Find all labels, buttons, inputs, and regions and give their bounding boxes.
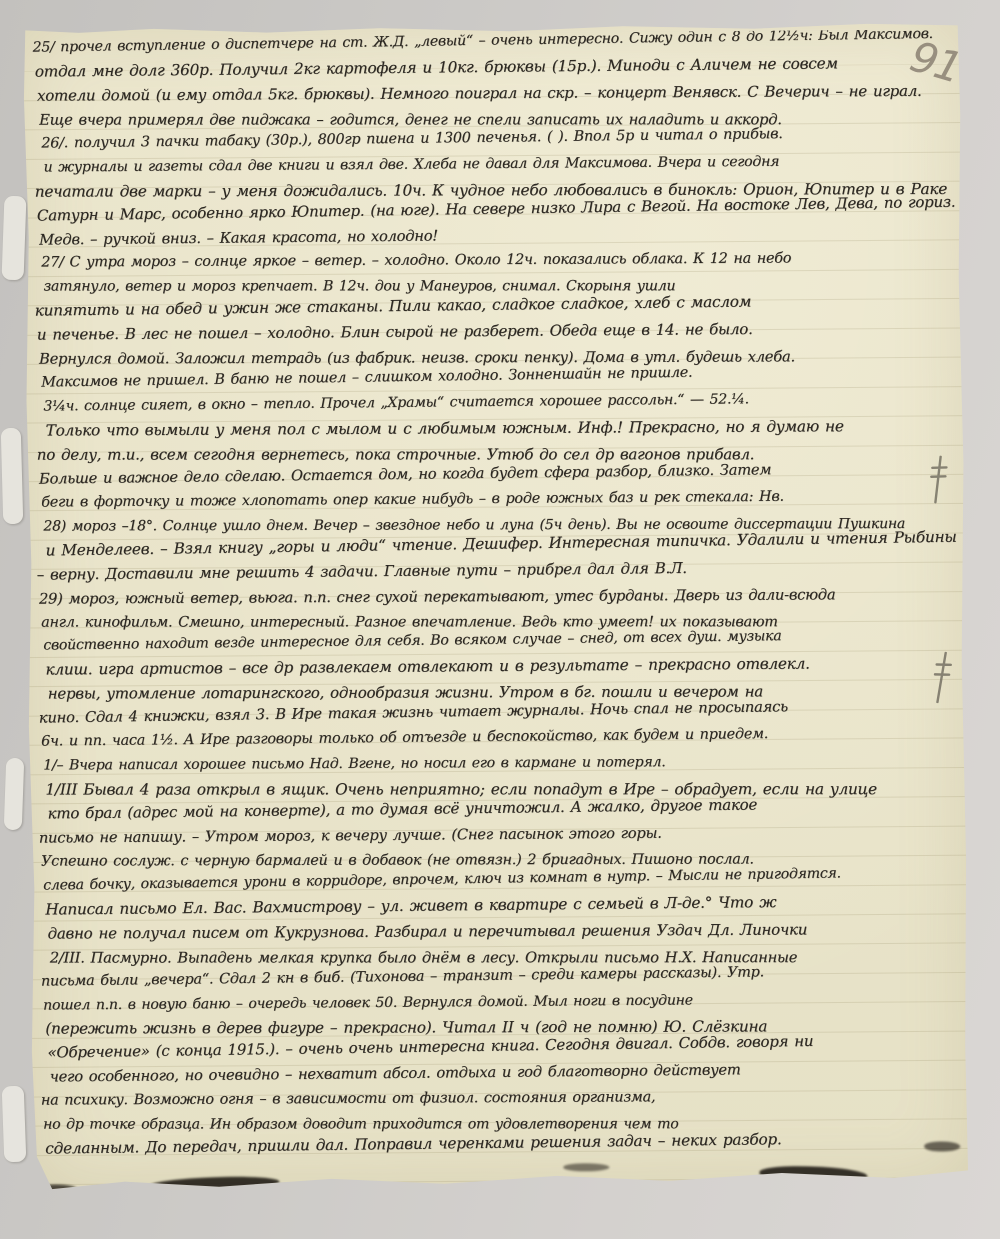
torn-paper-remnant: [2, 1086, 27, 1163]
manuscript-line: Только что вымыли у меня пол с мылом и с…: [46, 415, 960, 444]
torn-paper-remnant: [2, 196, 27, 281]
ink-smudge: [924, 1141, 960, 1151]
scan-surface: 25/ прочел вступление о диспетчере на ст…: [0, 0, 1000, 1239]
ink-smudge: [36, 1184, 78, 1194]
torn-paper-remnant: [1, 428, 24, 524]
diary-page: 25/ прочел вступление о диспетчере на ст…: [22, 21, 969, 1191]
manuscript-line: на психику. Возможно огня – в зависимост…: [41, 1085, 965, 1114]
ink-smudge: [794, 1179, 849, 1187]
manuscript-line: хотели домой (и ему отдал 5кг. брюквы). …: [37, 79, 957, 108]
manuscript-line: 29) мороз, южный ветер, вьюга. п.п. снег…: [39, 582, 961, 611]
ink-smudge: [184, 1188, 246, 1196]
manuscript-line: 27/ С утра мороз – солнце яркое – ветер.…: [41, 247, 958, 276]
handwritten-text-block: 25/ прочел вступление о диспетчере на ст…: [33, 29, 966, 1187]
manuscript-line: давно не получал писем от Кукрузнова. Ра…: [47, 917, 963, 946]
torn-paper-remnant: [4, 758, 25, 831]
manuscript-line: 1/– Вчера написал хорошее письмо Над. Вг…: [43, 750, 962, 779]
